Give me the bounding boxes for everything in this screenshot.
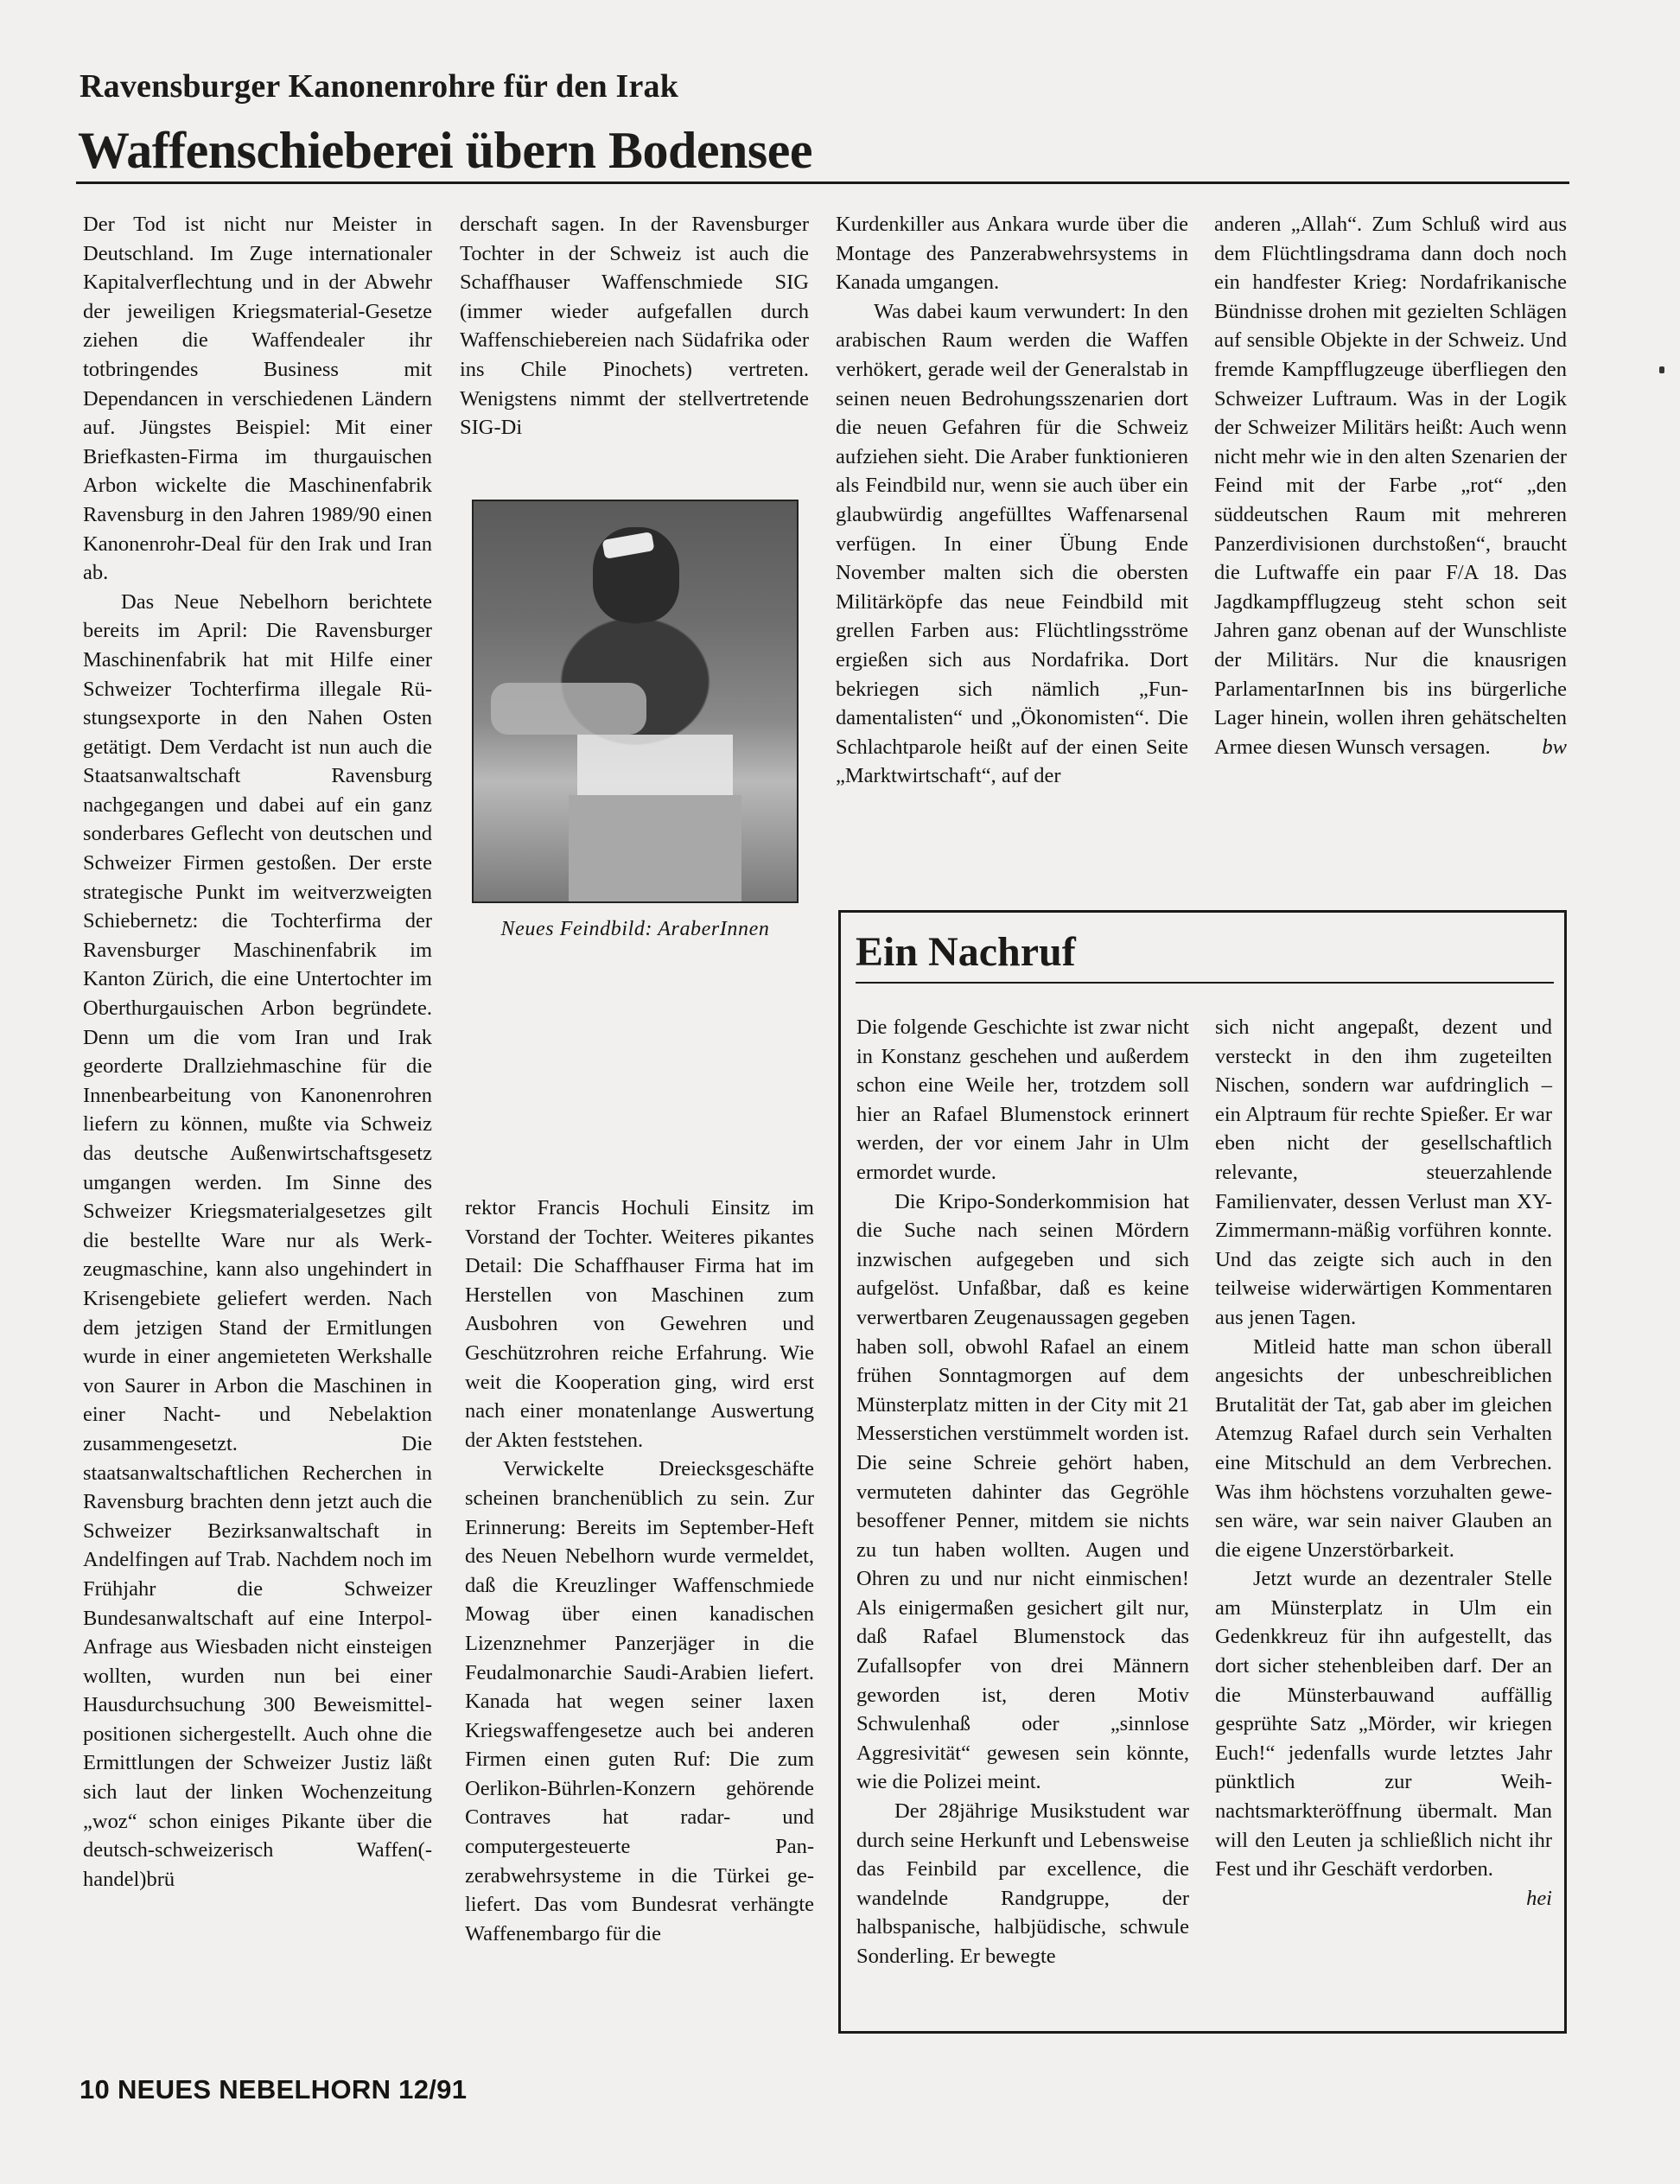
author-signature: hei [1488, 1884, 1552, 1913]
photo-caption: Neues Feindbild: AraberInnen [472, 918, 799, 941]
page-footer: 10 NEUES NEBELHORN 12/91 [80, 2074, 467, 2105]
paragraph: Was dabei kaum verwundert: In den arabis… [836, 297, 1188, 791]
author-signature: bw [1542, 733, 1567, 762]
paragraph: Das Neue Nebelhorn berichtete bereits im… [83, 588, 432, 1894]
article-column-3: Kurdenkiller aus Ankara wurde über die M… [836, 210, 1188, 791]
photo-figure-chest [577, 735, 733, 804]
paragraph: Der 28jährige Musikstudent war durch sei… [856, 1797, 1189, 1971]
headline-rule [76, 181, 1569, 184]
article-column-2-bottom: rektor Francis Hochuli Einsitz im Vorsta… [465, 1194, 814, 1948]
paragraph: Der Tod ist nicht nur Meister in Deutsch… [83, 210, 432, 588]
photo-figure-arm [491, 683, 646, 735]
scan-speck [1659, 366, 1664, 373]
paragraph: Kurdenkiller aus Ankara wurde über die M… [836, 210, 1188, 297]
paragraph: rektor Francis Hochuli Einsitz im Vorsta… [465, 1194, 814, 1455]
paragraph: Verwickelte Dreiecksgeschäfte scheinen b… [465, 1455, 814, 1948]
paragraph: Die folgende Geschichte ist zwar nicht i… [856, 1013, 1189, 1188]
article-kicker: Ravensburger Kanonenrohre für den Irak [80, 67, 678, 105]
paragraph: Jetzt wurde an dezentraler Stelle am Mün… [1215, 1564, 1552, 1884]
paragraph-text: anderen „Allah“. Zum Schluß wird aus dem… [1214, 213, 1567, 759]
obituary-column-1: Die folgende Geschichte ist zwar nicht i… [856, 1013, 1189, 1971]
article-column-2-top: derschaft sagen. In der Ravensbur­ger To… [460, 210, 809, 443]
paragraph: derschaft sagen. In der Ravensbur­ger To… [460, 210, 809, 443]
paragraph: Die Kripo-Sonderkommision hat die Suche … [856, 1188, 1189, 1797]
paragraph-text: Jetzt wurde an dezentraler Stelle am Mün… [1215, 1567, 1552, 1881]
photo-figure-legs [569, 795, 741, 903]
obituary-title: Ein Nachruf [856, 928, 1076, 976]
paragraph: Mitleid hatte man schon über­all angesic… [1215, 1333, 1552, 1565]
article-photo [472, 500, 799, 903]
article-column-1: Der Tod ist nicht nur Meister in Deutsch… [83, 210, 432, 1894]
article-headline: Waffenschieberei übern Bodensee [78, 121, 812, 181]
obituary-column-2: sich nicht angepaßt, dezent und versteck… [1215, 1013, 1552, 1913]
paragraph: anderen „Allah“. Zum Schluß wird aus dem… [1214, 210, 1567, 761]
article-column-4: anderen „Allah“. Zum Schluß wird aus dem… [1214, 210, 1567, 761]
obituary-title-rule [856, 982, 1554, 984]
paragraph: sich nicht angepaßt, dezent und versteck… [1215, 1013, 1552, 1333]
